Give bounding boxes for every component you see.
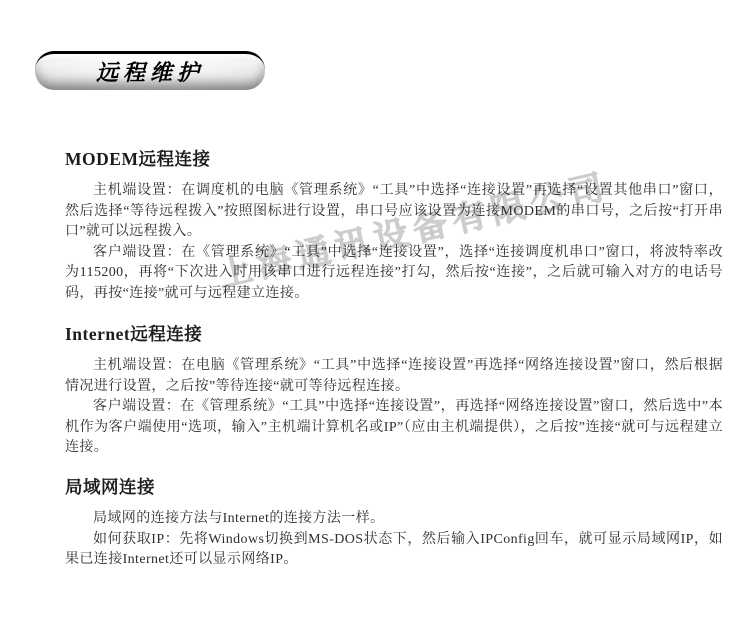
section-heading-internet: Internet远程连接 [65,321,723,346]
section-lan-connection: 局域网连接 局域网的连接方法与Internet的连接方法一样。 如何获取IP：先… [65,474,723,571]
paragraph-internet-client: 客户端设置：在《管理系统》“工具”中选择“连接设置”，再选择“网络连接设置”窗口… [65,397,723,459]
paragraph-modem-client: 客户端设置：在《管理系统》“工具”中选择“连接设置”，选择“连接调度机串口”窗口… [65,243,723,305]
paragraph-modem-host: 主机端设置：在调度机的电脑《管理系统》“工具”中选择“连接设置”再选择“设置其他… [65,181,723,243]
section-internet-connection: Internet远程连接 主机端设置：在电脑《管理系统》“工具”中选择“连接设置… [65,321,723,459]
section-heading-modem: MODEM远程连接 [65,146,723,171]
paragraph-lan-method: 局域网的连接方法与Internet的连接方法一样。 [65,509,723,530]
section-heading-lan: 局域网连接 [65,474,723,499]
paragraph-internet-host: 主机端设置：在电脑《管理系统》“工具”中选择“连接设置”再选择“网络连接设置”窗… [65,356,723,397]
document-page: { "banner": { "title": "远程维护" }, "waterm… [0,0,750,618]
paragraph-lan-get-ip: 如何获取IP：先将Windows切换到MS-DOS状态下，然后输入IPConfi… [65,530,723,571]
page-title: 远程维护 [96,56,204,87]
title-banner: 远程维护 [35,51,265,90]
section-modem-connection: MODEM远程连接 主机端设置：在调度机的电脑《管理系统》“工具”中选择“连接设… [65,146,723,304]
